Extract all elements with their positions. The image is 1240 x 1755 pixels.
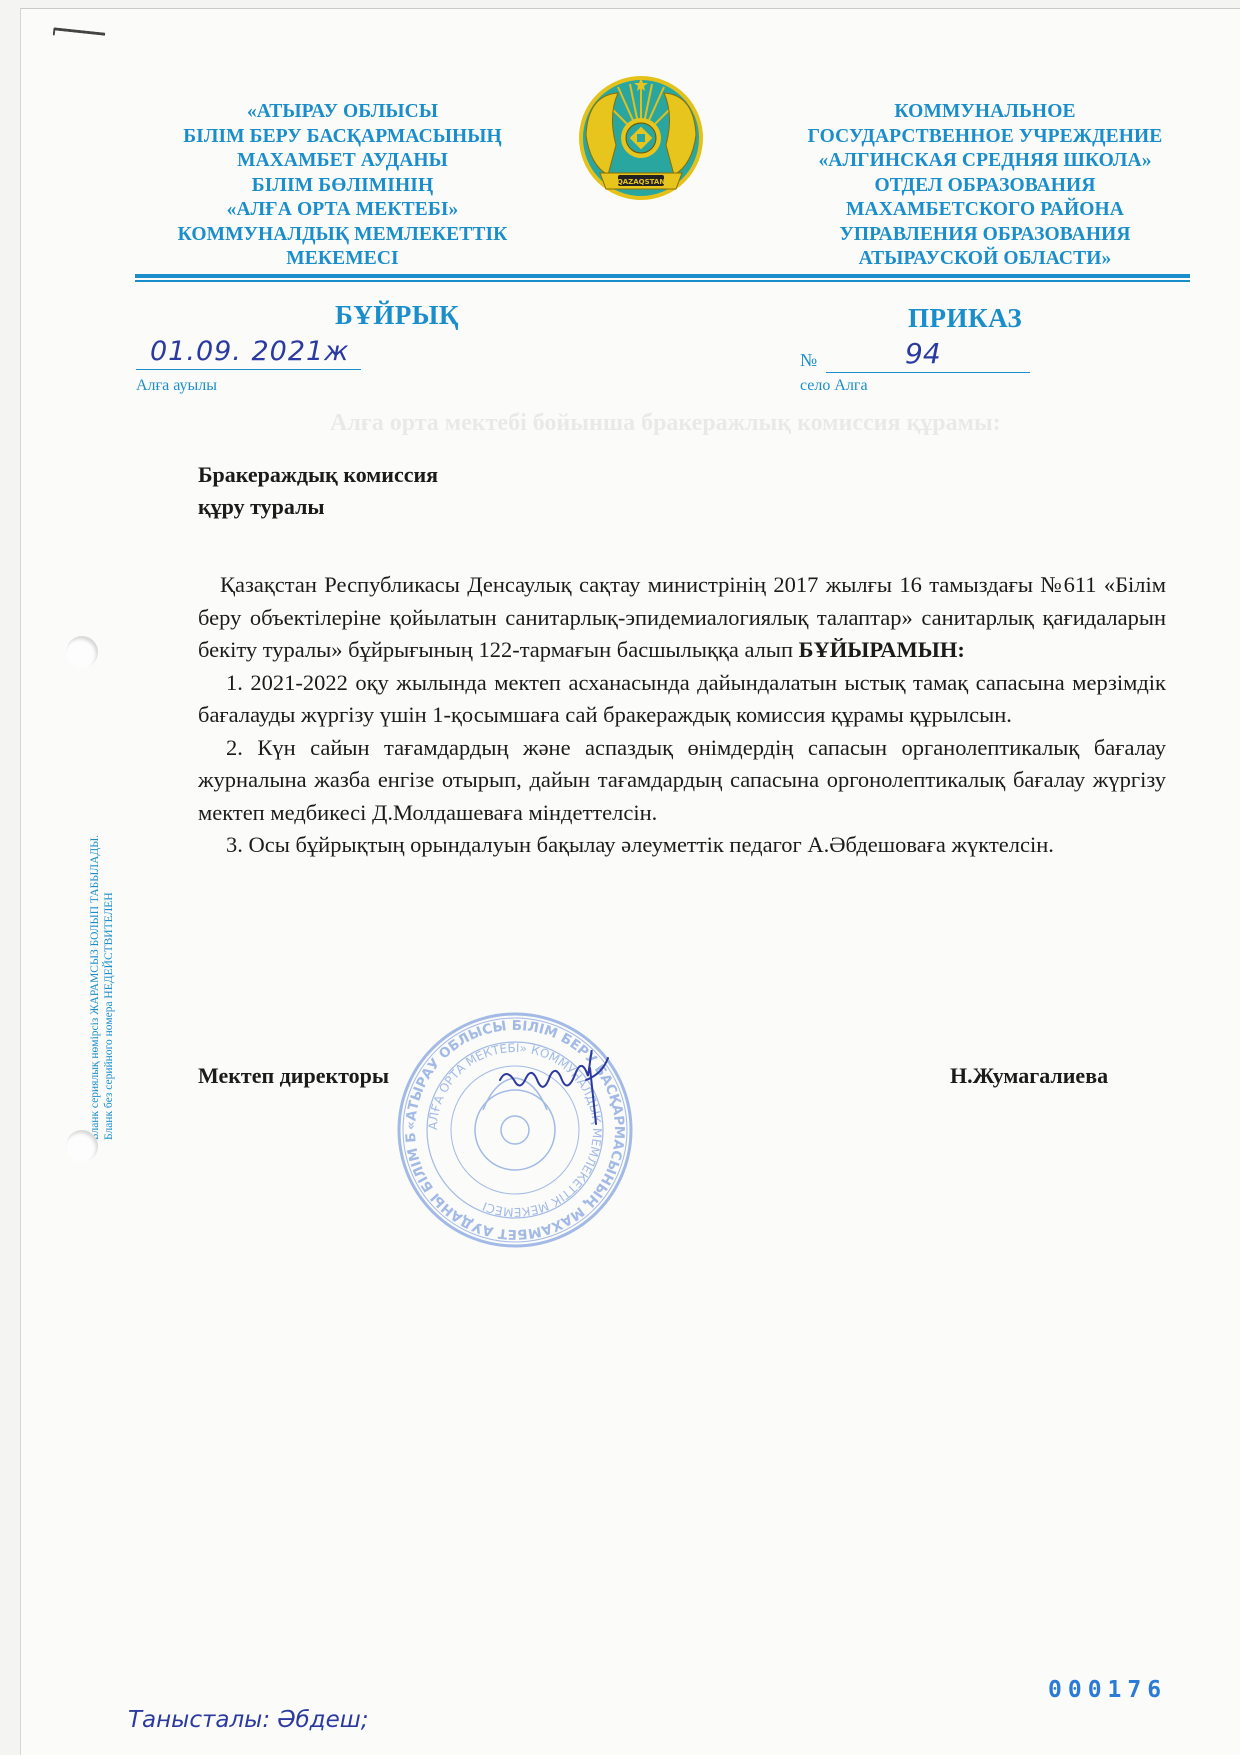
order-item: 3. Осы бұйрықтың орындалуын бақылау әлеу… [198,829,1166,862]
header-kz-organization: «АТЫРАУ ОБЛЫСЫ БІЛІМ БЕРУ БАСҚАРМАСЫНЫҢ … [150,100,535,272]
svg-text:QAZAQSTAN: QAZAQSTAN [617,178,666,186]
header-ru-line: ГОСУДАРСТВЕННОЕ УЧРЕЖДЕНИЕ [775,125,1195,150]
header-kz-line: «АТЫРАУ ОБЛЫСЫ [150,100,535,125]
place-ru: село Алга [800,377,868,395]
header-kz-line: «АЛҒА ОРТА МЕКТЕБІ» [150,198,535,223]
order-subject: Бракераждық комиссия құру туралы [198,459,438,523]
order-title-kz: БҰЙРЫҚ [335,300,459,331]
header-ru-organization: КОММУНАЛЬНОЕ ГОСУДАРСТВЕННОЕ УЧРЕЖДЕНИЕ … [775,100,1195,272]
header-ru-line: КОММУНАЛЬНОЕ [775,100,1195,125]
director-name: Н.Жумагалиева [950,1063,1108,1089]
number-sign: № [800,350,817,371]
serial-number: 000176 [1048,1677,1167,1703]
order-item: 2. Күн сайын тағамдардың және аспаздық ө… [198,732,1166,830]
subject-line: Бракераждық комиссия [198,459,438,491]
header-ru-line: «АЛГИНСКАЯ СРЕДНЯЯ ШКОЛА» [775,149,1195,174]
bleed-through-text: Алға орта мектебі бойынша бракеражлық ко… [330,410,1001,437]
preamble-text: Қазақстан Республикасы Денсаулық сақтау … [198,572,1166,662]
order-body: Қазақстан Республикасы Денсаулық сақтау … [198,569,1166,862]
date-handwritten: 01.09. 2021ж [150,336,350,367]
header-kz-line: МЕКЕМЕСІ [150,247,535,272]
side-note-ru: Бланк без серийного номера НЕДЕЙСТВИТЕЛЕ… [102,835,116,1140]
punch-hole [66,636,98,668]
preamble-paragraph: Қазақстан Республикасы Денсаулық сақтау … [198,569,1166,667]
punch-hole [66,1130,98,1162]
header-kz-line: БІЛІМ БӨЛІМІНІҢ [150,174,535,199]
place-kz: Алға ауылы [136,377,217,395]
subject-line: құру туралы [198,491,438,523]
header-ru-line: АТЫРАУСКОЙ ОБЛАСТИ» [775,247,1195,272]
header-ru-line: ОТДЕЛ ОБРАЗОВАНИЯ [775,174,1195,199]
header-ru-line: УПРАВЛЕНИЯ ОБРАЗОВАНИЯ [775,223,1195,248]
state-emblem-icon: QAZAQSTAN [578,75,704,201]
header-ru-line: МАХАМБЕТСКОГО РАЙОНА [775,198,1195,223]
acknowledgement-handwritten: Танысталы: Әбдеш; [128,1707,369,1733]
header-kz-line: БІЛІМ БЕРУ БАСҚАРМАСЫНЫҢ [150,125,535,150]
director-signature [492,1050,612,1130]
order-number-handwritten: 94 [905,337,941,370]
header-kz-line: МАХАМБЕТ АУДАНЫ [150,149,535,174]
blank-validity-note: Бланк сериялық нөмірсіз ЖАРАМСЫЗ БОЛЫП Т… [88,835,116,1140]
side-note-kz: Бланк сериялық нөмірсіз ЖАРАМСЫЗ БОЛЫП Т… [88,835,102,1140]
director-title: Мектеп директоры [198,1063,389,1089]
order-word: БҰЙЫРАМЫН: [799,637,965,662]
order-title-ru: ПРИКАЗ [908,303,1022,334]
header-divider [135,274,1190,282]
header-kz-line: КОММУНАЛДЫҚ МЕМЛЕКЕТТІК [150,223,535,248]
order-item: 1. 2021-2022 оқу жылында мектеп асханасы… [198,667,1166,732]
